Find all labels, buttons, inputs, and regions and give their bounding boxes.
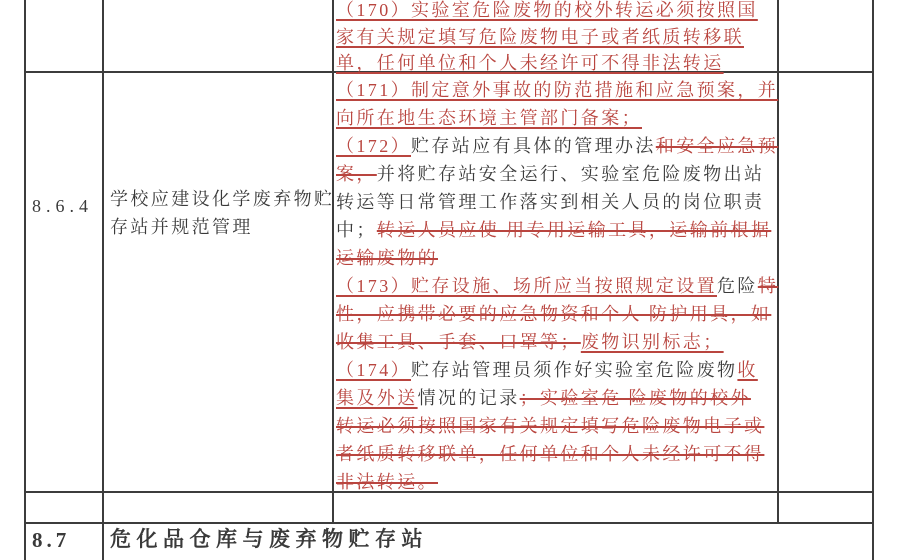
- inserted-text: （172）: [336, 136, 411, 156]
- text-line: 转运等日常管理工作落实到相关人员的岗位职责: [336, 188, 778, 216]
- body-text: 贮存站应有具体的管理办法: [411, 136, 656, 156]
- text-line: （172）贮存站应有具体的管理办法和安全应急预: [336, 132, 778, 160]
- cell-criteria-8-6-4: （171）制定意外事故的防范措施和应急预案，并向所在地生态环境主管部门备案；（1…: [336, 76, 778, 496]
- cell-criteria-prev-row: （170）实验室危险废物的校外转运必须按照国家有关规定填写危险废物电子或者纸质转…: [336, 0, 758, 77]
- text-line: （171）制定意外事故的防范措施和应急预案，并: [336, 76, 778, 104]
- body-text: 转运等日常管理工作落实到相关人员的岗位职责: [336, 192, 764, 212]
- text-line: 运输废物的: [336, 244, 778, 272]
- deleted-text: 案，: [336, 164, 377, 184]
- inserted-text: （170）实验室危险废物的校外转运必须按照国: [336, 0, 758, 20]
- deleted-text: 和安全应急预: [656, 136, 778, 156]
- inserted-text: 家有关规定填写危险废物电子或者纸质转移联: [336, 27, 744, 47]
- body-text: 存站并规范管理: [110, 217, 253, 237]
- text-line: 非法转运。: [336, 468, 778, 496]
- deleted-text: 转运必须按照国家有关规定填写危险废物电子或: [336, 416, 764, 436]
- text-line: 集及外送情况的记录；实验室危 险废物的校外: [336, 384, 778, 412]
- text-line: 家有关规定填写危险废物电子或者纸质转移联: [336, 24, 758, 51]
- inserted-text: （174）: [336, 360, 411, 380]
- inserted-text: 集及外送: [336, 388, 418, 408]
- deleted-text: 者纸质转移联单，任何单位和个人未经许可不得: [336, 444, 764, 464]
- body-text: 学校应建设化学废弃物贮: [110, 189, 334, 209]
- inserted-text: （171）制定意外事故的防范措施和应急预案，并: [336, 80, 778, 100]
- body-text: 中；: [336, 220, 377, 240]
- document-page: （170）实验室危险废物的校外转运必须按照国家有关规定填写危险废物电子或者纸质转…: [0, 0, 900, 560]
- inserted-text: 向所在地生态环境主管部门备案；: [336, 108, 642, 128]
- text-line: 案，并将贮存站安全运行、实验室危险废物出站: [336, 160, 778, 188]
- text-line: 收集工具、手套、口罩等；废物识别标志；: [336, 328, 778, 356]
- text-line: 学校应建设化学废弃物贮: [110, 185, 334, 213]
- table-border-col-index: [102, 0, 104, 560]
- text-line: （170）实验室危险废物的校外转运必须按照国: [336, 0, 758, 24]
- text-line: 性，应携带必要的应急物资和个人 防护用具，如: [336, 300, 778, 328]
- table-border-col-requirement: [332, 0, 334, 524]
- text-line: 者纸质转移联单，任何单位和个人未经许可不得: [336, 440, 778, 468]
- text-line: （173）贮存设施、场所应当按照规定设置危险特: [336, 272, 778, 300]
- deleted-text: 收集工具、手套、口罩等；: [336, 332, 581, 352]
- cell-requirement-8-6-4: 学校应建设化学废弃物贮存站并规范管理: [110, 185, 334, 241]
- inserted-text: 单，任何单位和个人未经许可不得非法转运: [336, 53, 724, 73]
- inserted-text: 收: [737, 360, 757, 380]
- text-line: 转运必须按照国家有关规定填写危险废物电子或: [336, 412, 778, 440]
- deleted-text: ；实验室危 险废物的校外: [520, 388, 751, 408]
- text-line: 向所在地生态环境主管部门备案；: [336, 104, 778, 132]
- cell-index-8-7: 8.7: [32, 528, 70, 552]
- body-text: 危险: [717, 276, 758, 296]
- deleted-text: 非法转运。: [336, 472, 438, 492]
- inserted-text: 废物识别标志；: [581, 332, 724, 352]
- cell-title-8-7: 危化品仓库与废弃物贮存站: [110, 527, 428, 551]
- table-row-divider-bottom: [24, 522, 874, 524]
- inserted-text: （173）贮存设施、场所应当按照规定设置: [336, 276, 717, 296]
- deleted-text: 性，应携带必要的应急物资和个人 防护用具，如: [336, 304, 771, 324]
- deleted-text: 转运人员应使 用专用运输工具，运输前根据: [377, 220, 772, 240]
- body-text: 贮存站管理员须作好实验室危险废物: [411, 360, 737, 380]
- text-line: 存站并规范管理: [110, 213, 334, 241]
- text-line: （174）贮存站管理员须作好实验室危险废物收: [336, 356, 778, 384]
- table-border-left: [24, 0, 26, 560]
- cell-index-8-6-4: 8.6.4: [32, 195, 93, 217]
- text-line: 单，任何单位和个人未经许可不得非法转运: [336, 50, 758, 77]
- body-text: 情况的记录: [418, 388, 520, 408]
- table-border-right: [872, 0, 874, 560]
- body-text: 并将贮存站安全运行、实验室危险废物出站: [377, 164, 765, 184]
- deleted-text: 特: [758, 276, 778, 296]
- deleted-text: 运输废物的: [336, 248, 438, 268]
- text-line: 中；转运人员应使 用专用运输工具，运输前根据: [336, 216, 778, 244]
